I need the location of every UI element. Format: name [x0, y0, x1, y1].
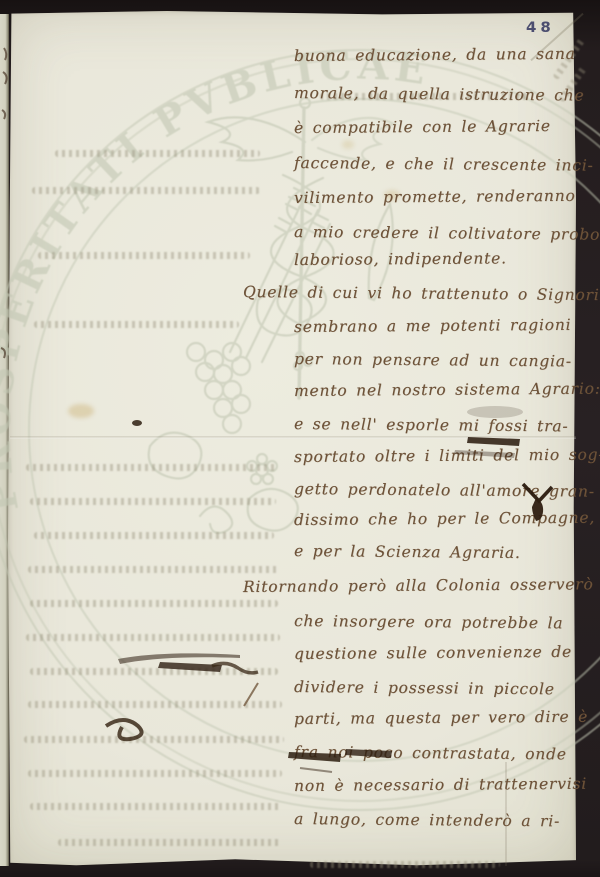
page-number-stamp: 48: [526, 18, 555, 35]
manuscript-line: Quelle di cui vi ho trattenuto o Signori…: [243, 283, 600, 304]
manuscript-line: questione sulle convenienze de: [294, 643, 572, 663]
manuscript-line: getto perdonatelo all'amore gran-: [294, 480, 595, 501]
manuscript-line: non è necessario di trattenervisi: [294, 775, 587, 795]
manuscript-line: vilimento promette, renderanno: [294, 187, 576, 207]
manuscript-line: e se nell' esporle mi fossi tra-: [294, 415, 569, 435]
manuscript-line: e per la Scienza Agraria.: [294, 542, 521, 562]
manuscript-line: buona educazione, da una sana: [294, 45, 576, 65]
manuscript-line: fra noi poco contrastata, onde: [294, 743, 567, 763]
manuscript-line: che insorgere ora potrebbe la: [294, 612, 563, 632]
manuscript-line: dissimo che ho per le Compagne,: [294, 509, 595, 529]
manuscript-line: è compatibile con le Agrarie: [294, 117, 551, 137]
manuscript-line: dividere i possessi in piccole: [294, 678, 555, 698]
manuscript-line: laborioso, indipendente.: [294, 249, 507, 269]
manuscript-line: faccende, e che il crescente inci-: [294, 154, 594, 175]
manuscript-line: sportato oltre i limiti del mio sog-: [294, 446, 600, 466]
manuscript-line: morale, da quella istruzione che: [294, 84, 585, 105]
scanned-manuscript: PROSPERITATI PVBLICAE: [0, 0, 600, 877]
manuscript-line: Ritornando però alla Colonia osserverò: [243, 575, 594, 596]
manuscript-text: buona educazione, da una sanamorale, da …: [0, 0, 600, 877]
manuscript-line: per non pensare ad un cangia-: [294, 350, 572, 370]
manuscript-line: a lungo, come intenderò a ri-: [294, 810, 560, 830]
manuscript-line: a mio credere il coltivatore probo,: [294, 223, 600, 244]
manuscript-line: mento nel nostro sistema Agrario:: [294, 380, 600, 400]
manuscript-line: parti, ma questa per vero dire è: [294, 708, 588, 728]
manuscript-line: sembrano a me potenti ragioni: [294, 316, 571, 336]
